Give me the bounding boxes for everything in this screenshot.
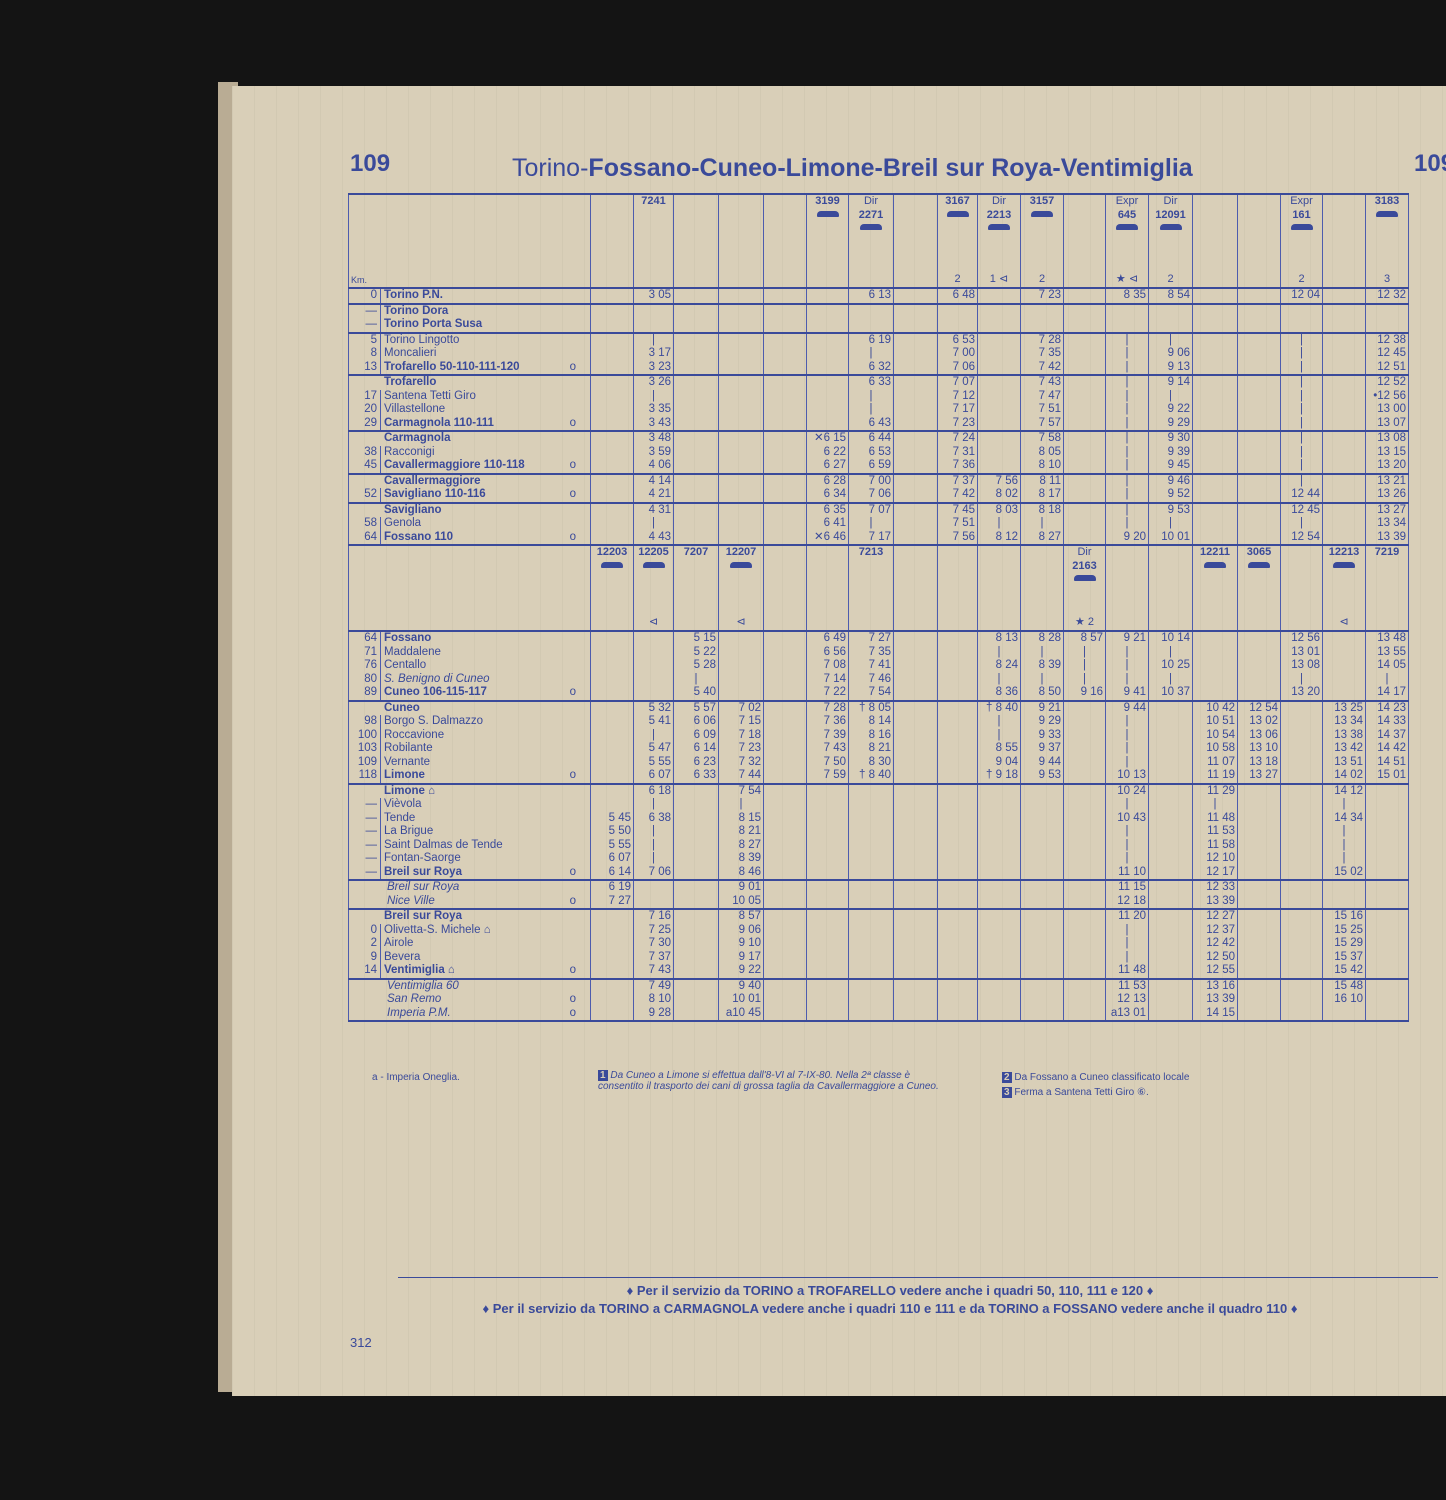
train-number: 12213 [1325, 546, 1363, 560]
time-cell: 11 5312 13a13 01 [1106, 979, 1149, 1022]
time-value [1023, 839, 1061, 853]
time-value [1240, 390, 1278, 404]
time-cell: |12 44 [1281, 474, 1323, 503]
time-value: 7 49 [636, 980, 671, 994]
station-block: Ventimiglia 60San RemooImperia P.M.o 7 4… [349, 979, 1409, 1022]
station-row: Savigliano [351, 504, 588, 518]
time-value [940, 659, 975, 673]
time-value: | [636, 839, 671, 853]
train-number: 12203 [593, 546, 631, 560]
time-cell [1323, 474, 1366, 503]
station-row: 118Limoneo [351, 769, 588, 783]
time-value [896, 964, 935, 978]
time-value: | [1283, 390, 1320, 404]
time-value: 7 07 [851, 504, 891, 518]
time-value [1283, 1007, 1320, 1021]
time-value: 9 33 [1023, 729, 1061, 743]
time-value [940, 951, 975, 965]
time-value: 6 19 [851, 334, 891, 348]
time-cell: 6 496 567 087 147 22 [807, 631, 849, 701]
time-value: 3 48 [636, 432, 671, 446]
time-cell: 7 287 357 42 [1021, 333, 1064, 376]
time-value: 13 18 [1240, 756, 1278, 770]
time-value: 13 00 [1368, 403, 1406, 417]
time-cell: 12 04 [1281, 288, 1323, 304]
time-cell: 13 4813 5514 05|14 17 [1366, 631, 1409, 701]
time-cell [894, 304, 938, 333]
time-value [1066, 980, 1103, 994]
time-value [896, 895, 935, 909]
time-cell [1064, 784, 1106, 881]
time-value: 10 24 [1108, 785, 1146, 799]
time-value: 13 34 [1325, 715, 1363, 729]
time-value [940, 673, 975, 687]
time-cell [894, 431, 938, 474]
station-row: 89Cuneo 106-115-117o [351, 686, 588, 700]
train-column-header: Dir120912 [1149, 194, 1193, 288]
time-value [1195, 531, 1235, 545]
km-value: 89 [351, 686, 381, 700]
train-column-header: 12205⊲ [634, 545, 674, 631]
train-number: 3157 [1023, 195, 1061, 209]
time-value [1240, 964, 1278, 978]
time-value [1240, 1007, 1278, 1021]
time-value [766, 980, 804, 994]
time-value [1023, 895, 1061, 909]
time-cell: 14 2314 3314 3714 4214 5115 01 [1366, 701, 1409, 784]
time-value: | [1151, 673, 1190, 687]
time-value: 10 14 [1151, 632, 1190, 646]
station-row: San Remoo [351, 993, 588, 1007]
time-value [593, 646, 631, 660]
time-value: 12 45 [1283, 504, 1320, 518]
time-value [593, 702, 631, 716]
time-value: 8 12 [980, 531, 1018, 545]
time-value: 15 29 [1325, 937, 1363, 951]
time-value: | [1023, 646, 1061, 660]
time-value [1195, 488, 1235, 502]
time-cell [1238, 375, 1281, 431]
footnote-3-marker: 3 [1002, 1087, 1012, 1098]
time-cell [764, 503, 807, 546]
time-value: 6 06 [676, 715, 716, 729]
time-value: | [636, 729, 671, 743]
time-value: 13 25 [1325, 702, 1363, 716]
km-value: 64 [351, 632, 381, 646]
time-value [766, 785, 804, 799]
time-value: 8 39 [721, 852, 761, 866]
time-value [980, 417, 1018, 431]
time-value: 6 59 [851, 459, 891, 473]
km-value: 98 [351, 715, 381, 729]
station-name: Santena Tetti Giro [384, 390, 476, 402]
connection-circle-icon: o [570, 459, 576, 473]
station-row: 5Torino Lingotto [351, 334, 588, 348]
time-value [1283, 715, 1320, 729]
time-cell: 9 4010 01a10 45 [719, 979, 764, 1022]
station-name: Trofarello 50-110-111-120 [384, 361, 520, 373]
time-cell [591, 503, 634, 546]
train-note: ⊲ [719, 616, 763, 630]
time-value [1368, 825, 1406, 839]
station-list: Limone ⌂—Vièvola—Tende—La Brigue—Saint D… [349, 784, 591, 881]
time-value: | [1283, 446, 1320, 460]
time-value [1283, 951, 1320, 965]
time-value: 13 20 [1368, 459, 1406, 473]
time-value: 14 51 [1368, 756, 1406, 770]
time-value [896, 403, 935, 417]
time-value [1066, 417, 1103, 431]
time-cell [894, 784, 938, 881]
time-value [593, 964, 631, 978]
station-name: Limone [384, 769, 425, 781]
time-cell [978, 784, 1021, 881]
train-note: 1 ⊲ [978, 273, 1020, 287]
time-value: 9 46 [1151, 475, 1190, 489]
time-value [1240, 910, 1278, 924]
time-cell: 10 4210 5110 5410 5811 0711 19 [1193, 701, 1238, 784]
time-value: 12 55 [1195, 964, 1235, 978]
time-value [1283, 881, 1320, 895]
connection-circle-icon: o [570, 417, 576, 431]
time-cell: 12 32 [1366, 288, 1409, 304]
time-value: 8 57 [721, 910, 761, 924]
time-value [809, 417, 846, 431]
time-value [940, 742, 975, 756]
time-value [636, 318, 671, 332]
time-value [896, 289, 935, 303]
time-value [896, 702, 935, 716]
station-list: —Torino Dora—Torino Porta Susa [349, 304, 591, 333]
time-value [851, 881, 891, 895]
km-value: 103 [351, 742, 381, 756]
time-value [1325, 361, 1363, 375]
time-value [1023, 993, 1061, 1007]
train-number: 2271 [851, 209, 891, 223]
time-value [1108, 305, 1146, 319]
page-footer-number: 312 [350, 1335, 372, 1350]
time-cell: 7 457 517 56 [938, 503, 978, 546]
time-cell [1281, 909, 1323, 979]
time-value [1283, 895, 1320, 909]
km-value: 76 [351, 659, 381, 673]
time-value [1195, 504, 1235, 518]
footnote-1-marker: 1 [598, 1070, 608, 1081]
title-prefix: Torino- [512, 154, 588, 182]
time-value [809, 924, 846, 938]
station-row: 14Ventimiglia ⌂o [351, 964, 588, 978]
time-value: | [1108, 937, 1146, 951]
time-value: 9 17 [721, 951, 761, 965]
station-row: 76Centallo [351, 659, 588, 673]
time-cell [849, 304, 894, 333]
time-value [1240, 895, 1278, 909]
time-value: 8 16 [851, 729, 891, 743]
time-cell [1281, 304, 1323, 333]
time-value [1325, 334, 1363, 348]
time-value [1325, 686, 1363, 700]
time-value [980, 446, 1018, 460]
time-value: 9 22 [1151, 403, 1190, 417]
time-cell [1323, 288, 1366, 304]
time-value: 8 57 [1066, 632, 1103, 646]
km-value: 118 [351, 769, 381, 783]
time-cell: 7 377 42 [938, 474, 978, 503]
time-value [593, 756, 631, 770]
km-value: 20 [351, 403, 381, 417]
time-value [1240, 866, 1278, 880]
time-cell [1064, 979, 1106, 1022]
time-value [1066, 769, 1103, 783]
train-column-header: 7213 [849, 545, 894, 631]
time-value: 7 06 [851, 488, 891, 502]
railcar-icon [947, 211, 969, 217]
time-cell: 5 455 505 556 076 14 [591, 784, 634, 881]
station-row: 38Racconigi [351, 446, 588, 460]
train-column-header [894, 545, 938, 631]
time-value: 13 39 [1195, 895, 1235, 909]
time-value: 5 57 [676, 702, 716, 716]
time-value: † 8 05 [851, 702, 891, 716]
time-value: | [1108, 417, 1146, 431]
time-value [1325, 673, 1363, 687]
time-value [1283, 825, 1320, 839]
train-note: ⊲ [1323, 616, 1365, 630]
train-column-header [1193, 194, 1238, 288]
time-cell [894, 288, 938, 304]
time-value [896, 881, 935, 895]
railcar-icon [601, 562, 623, 568]
time-value [1195, 432, 1235, 446]
time-cell [719, 333, 764, 376]
time-value [766, 334, 804, 348]
station-block: Breil sur RoyaNice Villeo6 197 27 9 0110… [349, 880, 1409, 909]
train-column-header: 7241 [634, 194, 674, 288]
station-name: Savigliano [384, 504, 442, 516]
time-cell [938, 909, 978, 979]
time-value: 11 15 [1108, 881, 1146, 895]
time-cell [1193, 503, 1238, 546]
time-value: 5 32 [636, 702, 671, 716]
time-value [1066, 812, 1103, 826]
time-value: | [1108, 839, 1146, 853]
time-value [1325, 417, 1363, 431]
time-value: 11 19 [1195, 769, 1235, 783]
time-value [766, 798, 804, 812]
time-value [1283, 769, 1320, 783]
time-value [1066, 504, 1103, 518]
time-value [1283, 937, 1320, 951]
time-value [1195, 459, 1235, 473]
time-value [1240, 417, 1278, 431]
station-row: Ventimiglia 60 [351, 980, 588, 994]
time-value: 7 54 [851, 686, 891, 700]
train-column-header [1238, 194, 1281, 288]
time-value: 12 37 [1195, 924, 1235, 938]
time-cell [938, 979, 978, 1022]
station-row: —Tende [351, 812, 588, 826]
railcar-icon [817, 211, 839, 217]
railcar-icon [1116, 224, 1138, 230]
time-cell [591, 979, 634, 1022]
time-value: | [1108, 756, 1146, 770]
time-cell: 7 277 357 417 467 54 [849, 631, 894, 701]
footnote-1: 1 Da Cuneo a Limone si effettua dall'8-V… [598, 1070, 953, 1092]
time-cell [634, 304, 674, 333]
time-value [809, 347, 846, 361]
time-value [721, 673, 761, 687]
time-value: 13 55 [1368, 646, 1406, 660]
time-value [1195, 632, 1235, 646]
time-value [896, 1007, 935, 1021]
time-value [766, 1007, 804, 1021]
time-value: 6 43 [851, 417, 891, 431]
time-value: 7 02 [721, 702, 761, 716]
station-block: 64Fossano71Maddalene76Centallo80S. Benig… [349, 631, 1409, 701]
time-cell: ||| [1106, 333, 1149, 376]
time-value [1023, 798, 1061, 812]
time-value: 3 26 [636, 376, 671, 390]
time-value [1325, 318, 1363, 332]
time-value: 7 17 [940, 403, 975, 417]
time-value [593, 798, 631, 812]
station-block: Savigliano58Genola64Fossano 110o 4 31|4 … [349, 503, 1409, 546]
time-value: | [1325, 825, 1363, 839]
time-value [851, 1007, 891, 1021]
time-value: | [1108, 646, 1146, 660]
time-value: † 9 18 [980, 769, 1018, 783]
time-value: 8 39 [1023, 659, 1061, 673]
time-value: 15 42 [1325, 964, 1363, 978]
time-cell [1021, 979, 1064, 1022]
time-cell: ||| [1106, 431, 1149, 474]
time-cell [894, 979, 938, 1022]
time-value: 7 35 [851, 646, 891, 660]
time-cell: 12 45|12 54 [1281, 503, 1323, 546]
time-value: 10 01 [721, 993, 761, 1007]
station-name: Roccavione [384, 729, 444, 741]
train-header-row: 1220312205⊲720712207⊲7213Dir2163★ 212211… [349, 545, 1409, 631]
km-value: — [351, 798, 381, 812]
time-value: 13 16 [1195, 980, 1235, 994]
km-label: Km. [351, 275, 367, 285]
time-value [896, 924, 935, 938]
time-value [940, 924, 975, 938]
station-list: Breil sur Roya0Olivetta-S. Michele ⌂2Air… [349, 909, 591, 979]
time-value: | [1108, 488, 1146, 502]
time-value: 5 47 [636, 742, 671, 756]
time-value: 6 27 [809, 459, 846, 473]
station-name: Fossano 110 [384, 531, 453, 543]
train-note: ⊲ [634, 616, 673, 630]
time-value [940, 798, 975, 812]
time-cell: 15 4816 10 [1323, 979, 1366, 1022]
time-value: 6 33 [851, 376, 891, 390]
time-cell [938, 304, 978, 333]
time-value: 13 08 [1283, 659, 1320, 673]
station-name: Olivetta-S. Michele ⌂ [384, 924, 491, 936]
time-value [1151, 937, 1190, 951]
time-value [1325, 659, 1363, 673]
time-value: 10 51 [1195, 715, 1235, 729]
time-value [766, 459, 804, 473]
km-value: 2 [351, 937, 381, 951]
time-cell [1238, 474, 1281, 503]
train-column-header: 31833 [1366, 194, 1409, 288]
time-cell [1238, 880, 1281, 909]
time-cell [978, 909, 1021, 979]
time-cell [807, 288, 849, 304]
time-value [851, 798, 891, 812]
time-value: ✕6 15 [809, 432, 846, 446]
train-number: 2213 [980, 209, 1018, 223]
time-cell [1366, 304, 1409, 333]
time-value: 11 58 [1195, 839, 1235, 853]
time-value [1240, 646, 1278, 660]
time-value [896, 769, 935, 783]
time-value [896, 659, 935, 673]
time-value [940, 964, 975, 978]
table-number-right: 109 [1414, 150, 1446, 178]
time-cell [807, 880, 849, 909]
time-value: | [1283, 417, 1320, 431]
time-value: 9 20 [1108, 531, 1146, 545]
time-value: 14 05 [1368, 659, 1406, 673]
train-category: Expr [1108, 195, 1146, 209]
time-cell [849, 880, 894, 909]
time-value [1066, 446, 1103, 460]
time-value [896, 910, 935, 924]
time-value [896, 825, 935, 839]
time-value: 11 10 [1108, 866, 1146, 880]
time-value [593, 459, 631, 473]
time-cell [1149, 909, 1193, 979]
time-value [980, 866, 1018, 880]
time-value [809, 376, 846, 390]
time-value [980, 951, 1018, 965]
time-value: | [636, 334, 671, 348]
time-value [980, 964, 1018, 978]
time-value [851, 318, 891, 332]
time-value [593, 659, 631, 673]
time-value [1195, 646, 1235, 660]
time-value: 6 41 [809, 517, 846, 531]
time-value [1283, 756, 1320, 770]
time-value [1023, 964, 1061, 978]
station-row: Carmagnola [351, 432, 588, 446]
time-value: 7 18 [721, 729, 761, 743]
time-value [1195, 289, 1235, 303]
time-value [1240, 361, 1278, 375]
time-cell [978, 979, 1021, 1022]
time-value: 6 38 [636, 812, 671, 826]
time-value: 9 16 [1066, 686, 1103, 700]
time-value: | [721, 798, 761, 812]
time-value: 6 18 [636, 785, 671, 799]
time-value: 13 48 [1368, 632, 1406, 646]
time-cell: 13 2113 26 [1366, 474, 1409, 503]
time-value: 7 06 [940, 361, 975, 375]
time-value: | [1108, 446, 1146, 460]
time-cell: 7 54|8 158 218 278 398 46 [719, 784, 764, 881]
station-row: 58Genola [351, 517, 588, 531]
time-cell [978, 304, 1021, 333]
time-value [1023, 852, 1061, 866]
time-value [980, 937, 1018, 951]
time-value [1151, 798, 1190, 812]
time-value [1195, 318, 1235, 332]
time-value [896, 798, 935, 812]
